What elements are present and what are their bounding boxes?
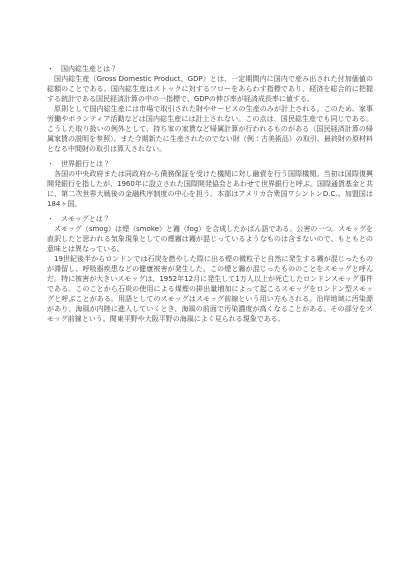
paragraph-smog-1: スモッグ（smog）は煙（smoke）と霧（fog）を合成したかばん語である。公… — [47, 224, 373, 254]
section-heading-smog: ・ スモッグとは？ — [47, 214, 373, 224]
section-title-smog: スモッグとは？ — [61, 214, 110, 224]
bullet-icon: ・ — [47, 214, 61, 224]
bullet-icon: ・ — [47, 159, 61, 169]
section-gdp: ・ 国内総生産とは？ 国内総生産（Gross Domestic Product、… — [47, 64, 373, 154]
section-smog: ・ スモッグとは？ スモッグ（smog）は煙（smoke）と霧（fog）を合成し… — [47, 214, 373, 324]
section-world-bank: ・ 世界銀行とは？ 各国の中央政府または同政府から債務保証を受けた機関に対し融資… — [47, 159, 373, 209]
bullet-icon: ・ — [47, 64, 61, 74]
paragraph-world-bank-1: 各国の中央政府または同政府から債務保証を受けた機関に対し融資を行う国際機関。当初… — [47, 169, 373, 209]
section-heading-gdp: ・ 国内総生産とは？ — [47, 64, 373, 74]
document-page: ・ 国内総生産とは？ 国内総生産（Gross Domestic Product、… — [0, 0, 410, 580]
paragraph-smog-2: 19世紀後半からロンドンでは石炭を燃やした際に出る煙の微粒子と自然に発生する霧が… — [47, 254, 373, 324]
section-title-gdp: 国内総生産とは？ — [61, 64, 117, 74]
paragraph-gdp-1: 国内総生産（Gross Domestic Product、GDP）とは、一定期間… — [47, 74, 373, 104]
section-heading-world-bank: ・ 世界銀行とは？ — [47, 159, 373, 169]
document-content: ・ 国内総生産とは？ 国内総生産（Gross Domestic Product、… — [47, 64, 373, 324]
section-title-world-bank: 世界銀行とは？ — [61, 159, 110, 169]
paragraph-gdp-2: 原則として国内総生産には市場で取引された財やサービスの生産のみが計上される。この… — [47, 104, 373, 154]
